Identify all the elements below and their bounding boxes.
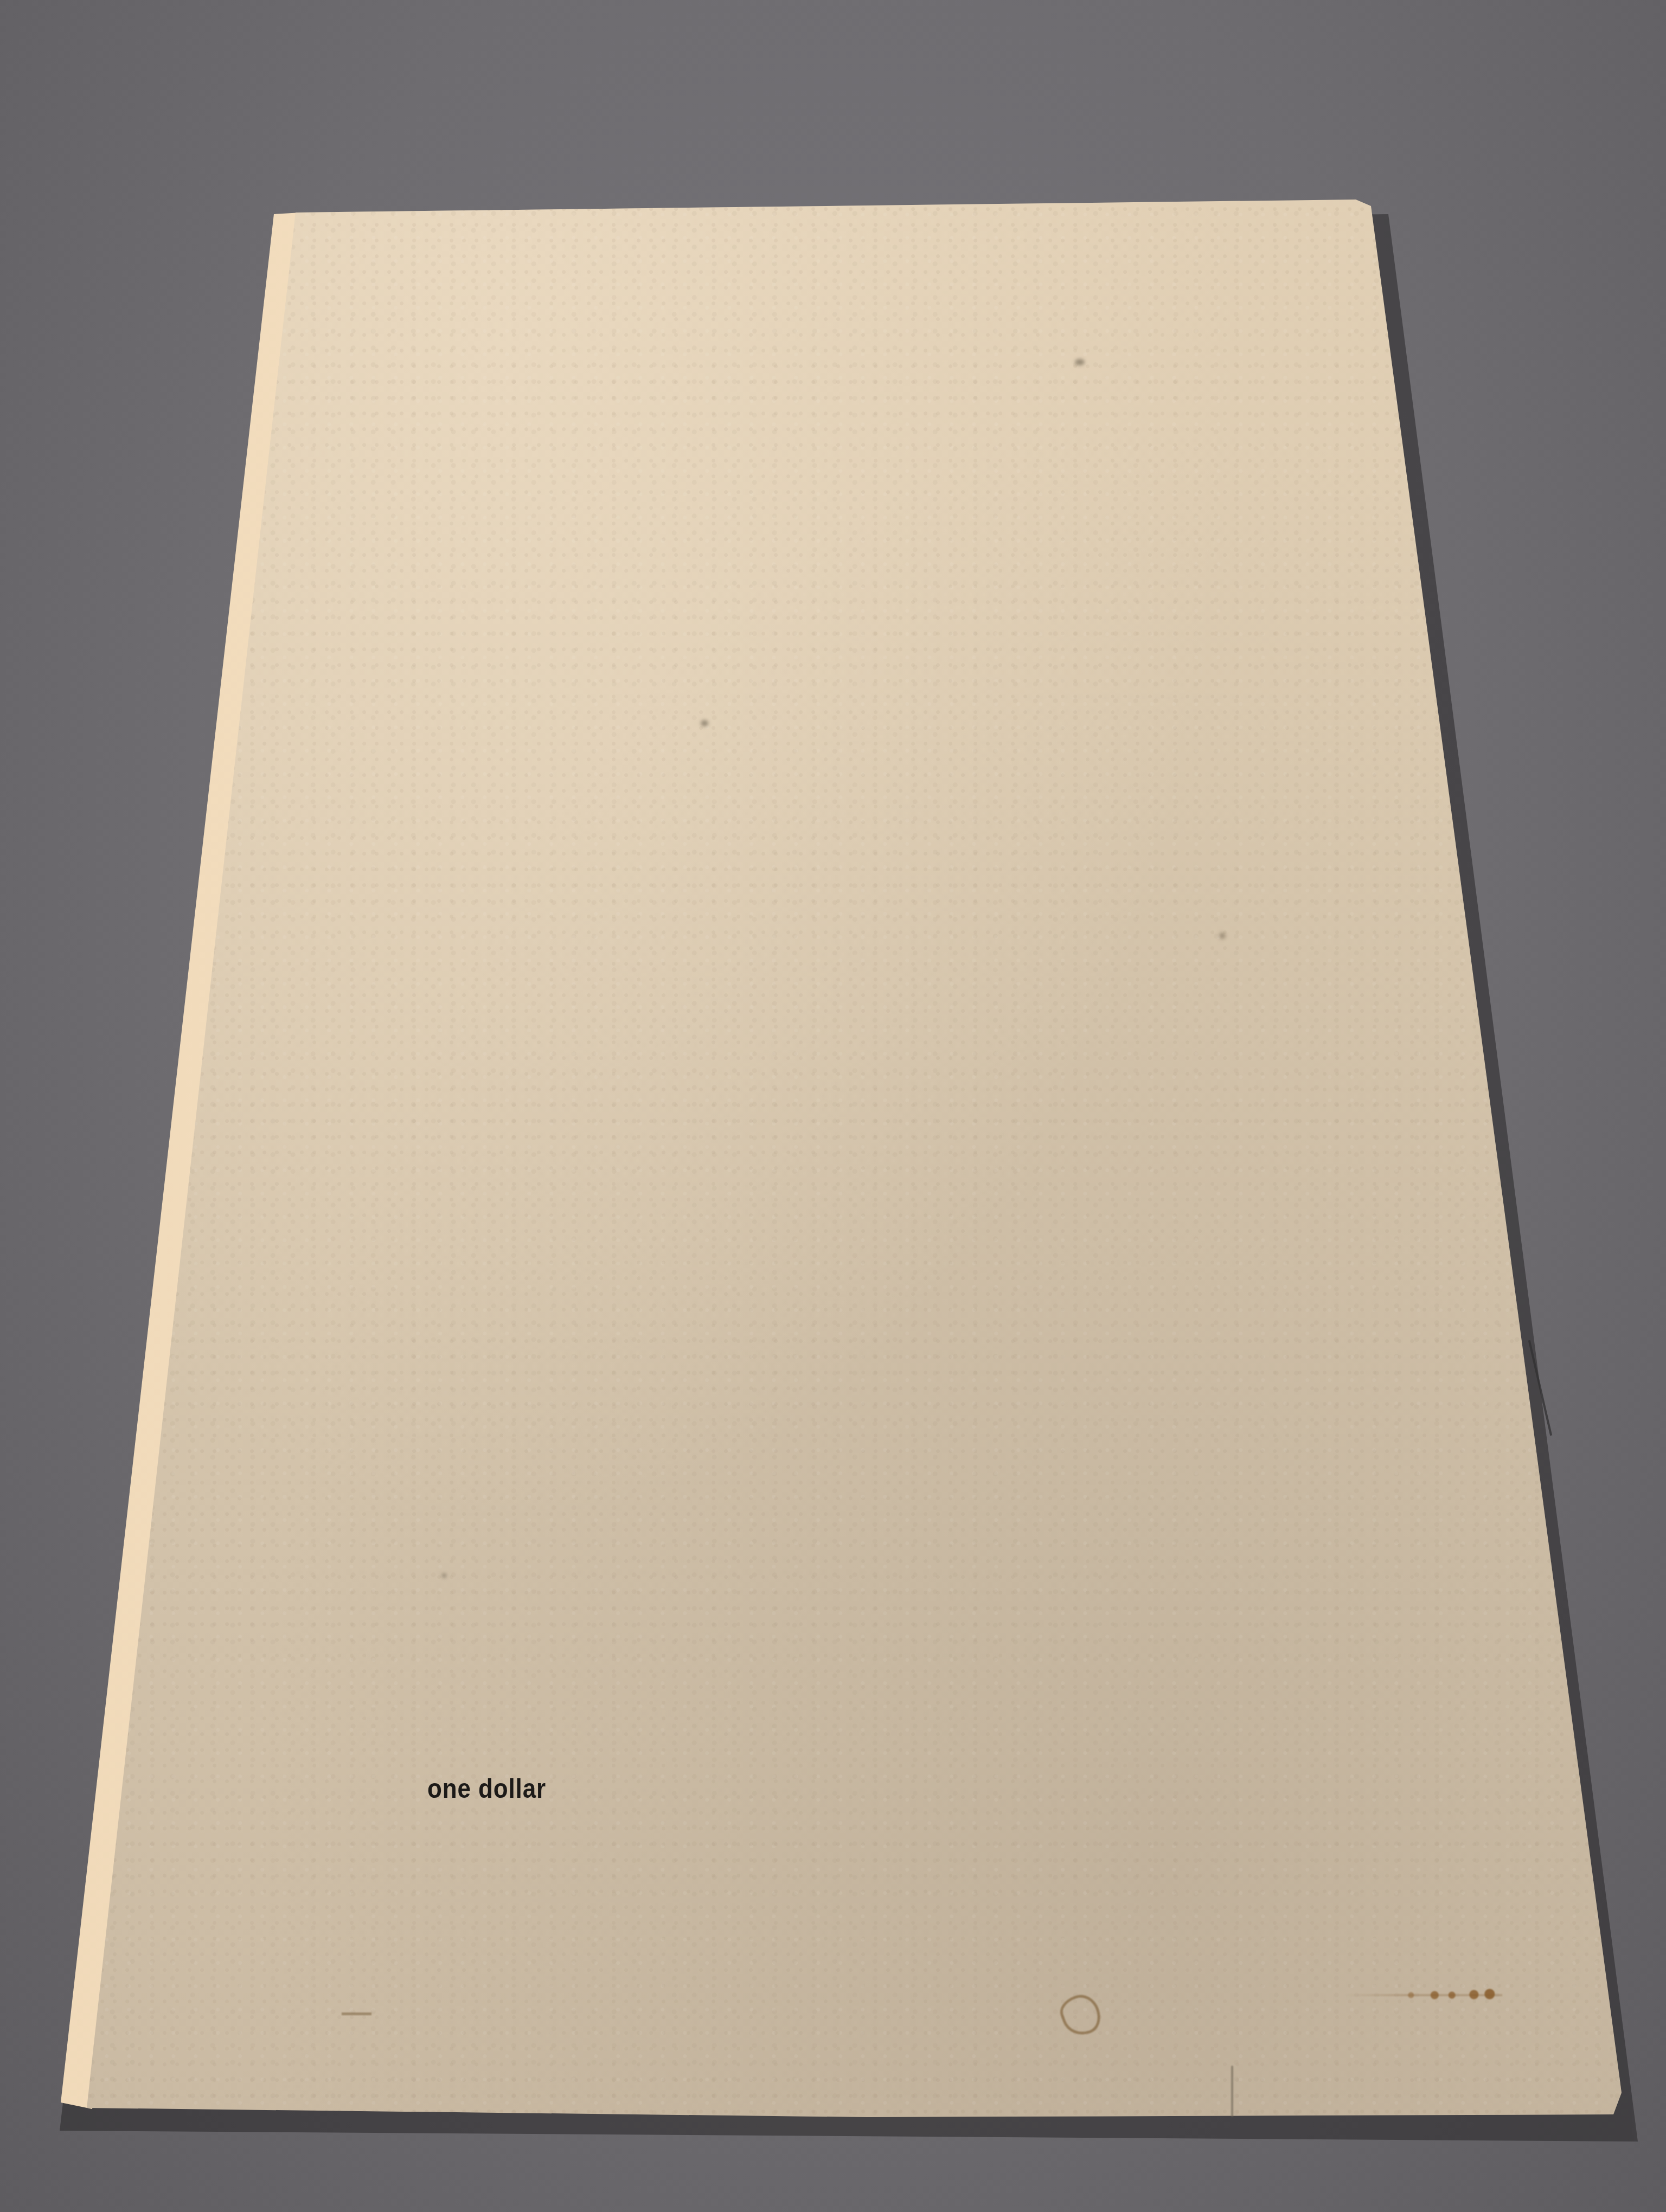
photo-scene: one dollar — [0, 0, 1666, 2212]
paper-texture — [0, 0, 1666, 2212]
price-text: one dollar — [427, 1773, 546, 1804]
speck-top-right — [1075, 359, 1085, 365]
left-dash-mark — [342, 2012, 371, 2015]
speck-upper-center — [701, 720, 708, 726]
speck-lower-left — [442, 1573, 446, 1578]
dotted-stain — [1345, 1989, 1502, 1999]
speck-middle-right — [1219, 933, 1226, 939]
bottom-crease — [1231, 2066, 1233, 2117]
